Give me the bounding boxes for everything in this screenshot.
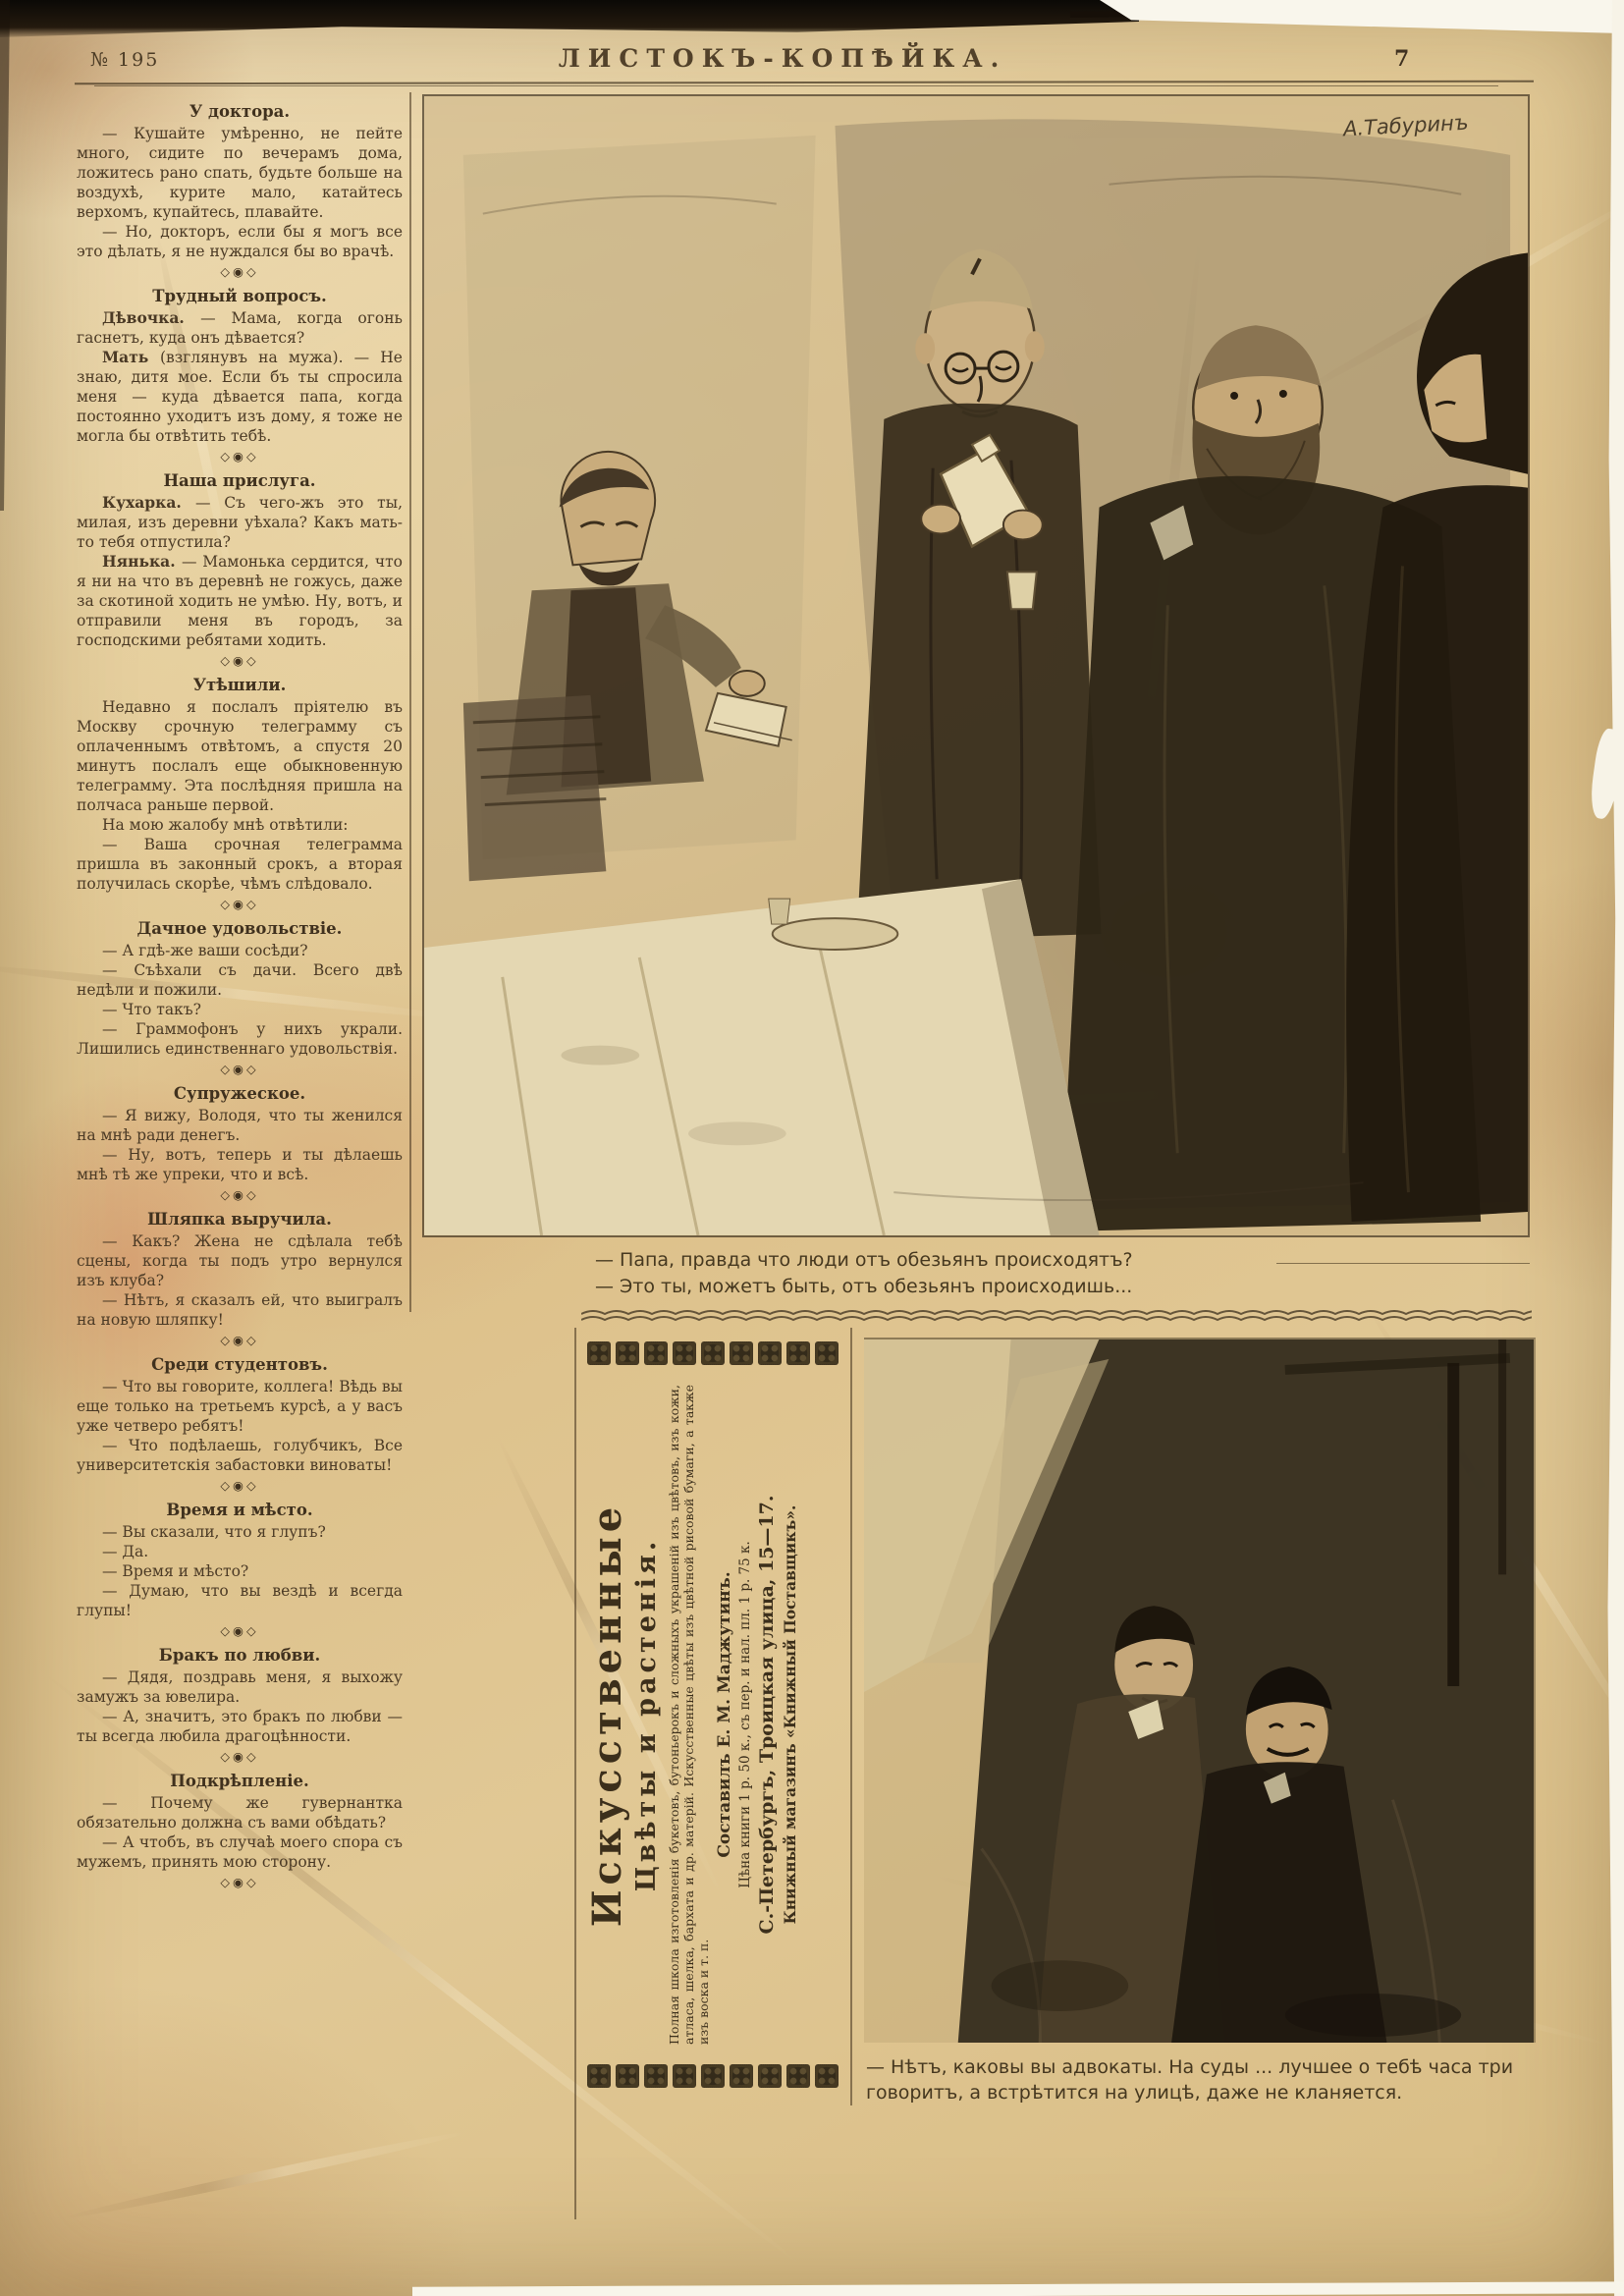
rosette-ornament-icon [701,1341,725,1365]
joke-item: Супружеское. — Я вижу, Володя, что ты же… [77,1082,403,1204]
joke-separator-ornament: ◇◉◇ [77,262,403,281]
joke-paragraph: — Но, докторъ, если бы я могъ все это дѣ… [77,222,403,261]
column-rule-left [409,92,411,1312]
joke-paragraph: — Кушайте умѣренно, не пейте много, сиди… [77,124,403,222]
joke-title: Время и мѣсто. [77,1499,403,1521]
rosette-ornament-icon [644,1341,668,1365]
ad-title-line1: Искусственные [585,1371,630,2058]
joke-paragraph: — Граммофонъ у нихъ украли. Лишились еди… [77,1019,403,1059]
cartoon-2-frame [864,1338,1536,2043]
rosette-ornament-icon [758,2064,782,2088]
joke-title: Трудный вопросъ. [77,285,403,307]
joke-separator-ornament: ◇◉◇ [77,1873,403,1891]
wavy-separator-rule [581,1310,1532,1326]
joke-item: Утѣшили. Недавно я послалъ пріятелю въ М… [77,674,403,913]
joke-body: — Что вы говорите, коллега! Вѣдь вы еще … [77,1377,403,1475]
joke-paragraph: — Нѣтъ, я сказалъ ей, что выигралъ на но… [77,1290,403,1330]
rosette-ornament-icon [616,2064,639,2088]
joke-item: Шляпка выручила. — Какъ? Жена не сдѣлала… [77,1208,403,1349]
column-rule-ad-right [850,1328,852,2105]
joke-paragraph: — А, значитъ, это бракъ по любви — ты вс… [77,1707,403,1746]
joke-separator-ornament: ◇◉◇ [77,1476,403,1495]
joke-paragraph: — А гдѣ-же ваши сосѣди? [77,941,403,960]
rosette-ornament-icon [730,1341,753,1365]
advertisement-artificial-flowers: Искусственные Цвѣты и растенія. Полная ш… [583,1371,842,2058]
rosette-ornament-icon [616,1341,639,1365]
joke-paragraph: — Дядя, поздравь меня, я выхожу замужъ з… [77,1667,403,1707]
joke-separator-ornament: ◇◉◇ [77,1185,403,1204]
joke-body: Кухарка. — Съ чего-жъ это ты, милая, изъ… [77,493,403,650]
rosette-ornament-icon [673,2064,696,2088]
joke-paragraph: На мою жалобу мнѣ отвѣтили: [77,815,403,835]
joke-paragraph: — Да. [77,1542,403,1561]
joke-paragraph: Мать (взглянувъ на мужа). — Не знаю, дит… [77,348,403,446]
joke-paragraph: Недавно я послалъ пріятелю въ Москву сро… [77,697,403,815]
joke-title: Супружеское. [77,1082,403,1105]
joke-body: — А гдѣ-же ваши сосѣди?— Съѣхали съ дачи… [77,941,403,1059]
page-number: 7 [1394,46,1409,72]
cartoon-1-caption-line1: — Папа, правда что люди отъ обезьянъ про… [595,1247,1528,1274]
joke-paragraph: — Какъ? Жена не сдѣлала тебѣ сцены, когд… [77,1231,403,1290]
joke-paragraph: Дѣвочка. — Мама, когда огонь гаснетъ, ку… [77,308,403,348]
column-rule-ad-left [574,1328,576,2219]
joke-separator-ornament: ◇◉◇ [77,651,403,670]
joke-title: Бракъ по любви. [77,1644,403,1667]
joke-body: — Дядя, поздравь меня, я выхожу замужъ з… [77,1667,403,1746]
joke-item: Трудный вопросъ. Дѣвочка. — Мама, когда … [77,285,403,465]
joke-separator-ornament: ◇◉◇ [77,895,403,913]
joke-title: Утѣшили. [77,674,403,696]
joke-body: — Кушайте умѣренно, не пейте много, сиди… [77,124,403,261]
joke-item: У доктора. — Кушайте умѣренно, не пейте … [77,100,403,281]
rosette-ornament-icon [815,1341,839,1365]
ad-ornament-band-top [587,1341,839,1365]
rosette-ornament-icon [587,2064,611,2088]
joke-paragraph: — Вы сказали, что я глупъ? [77,1522,403,1542]
joke-paragraph: — Что такъ? [77,1000,403,1019]
cartoon-1-caption: — Папа, правда что люди отъ обезьянъ про… [595,1247,1528,1300]
joke-title: Шляпка выручила. [77,1208,403,1230]
joke-paragraph: Кухарка. — Съ чего-жъ это ты, милая, изъ… [77,493,403,552]
cartoon-2-caption: — Нѣтъ, каковы вы адвокаты. На суды ... … [866,2054,1543,2105]
joke-body: — Я вижу, Володя, что ты женился на мнѣ … [77,1106,403,1184]
rosette-ornament-icon [587,1341,611,1365]
joke-title: Наша прислуга. [77,469,403,492]
joke-separator-ornament: ◇◉◇ [77,1621,403,1640]
ad-body-text: Полная школа изготовленія букетовъ, буто… [664,1371,711,2058]
ad-address: С.-Петербургъ, Троицкая улица, 15—17. [755,1371,780,2058]
joke-paragraph: — Что вы говорите, коллега! Вѣдь вы еще … [77,1377,403,1436]
joke-title: Подкрѣпленіе. [77,1770,403,1792]
rosette-ornament-icon [644,2064,668,2088]
ad-title-line2: Цвѣты и растенія. [630,1371,664,2058]
joke-item: Дачное удовольствіе. — А гдѣ-же ваши сос… [77,917,403,1078]
joke-title: Дачное удовольствіе. [77,917,403,940]
joke-paragraph: — Ну, вотъ, теперь и ты дѣлаешь мнѣ тѣ ж… [77,1145,403,1184]
joke-paragraph: — Съѣхали съ дачи. Всего двѣ недѣли и по… [77,960,403,1000]
ad-ornament-band-bottom [587,2064,839,2088]
caption-side-rule [1276,1263,1530,1264]
joke-item: Наша прислуга. Кухарка. — Съ чего-жъ это… [77,469,403,670]
joke-item: Подкрѣпленіе. — Почему же гувернантка об… [77,1770,403,1891]
rosette-ornament-icon [673,1341,696,1365]
joke-body: — Почему же гувернантка обязательно долж… [77,1793,403,1872]
joke-title: У доктора. [77,100,403,123]
joke-paragraph: — Что подѣлаешь, голубчикъ, Все универси… [77,1436,403,1475]
rosette-ornament-icon [786,2064,810,2088]
rosette-ornament-icon [786,1341,810,1365]
joke-body: — Вы сказали, что я глупъ?— Да.— Время и… [77,1522,403,1620]
cartoon-2-image [864,1339,1534,2043]
rosette-ornament-icon [758,1341,782,1365]
scanned-newspaper-page: { "page": { "issue_number": "№ 195", "ma… [0,0,1624,2296]
joke-body: — Какъ? Жена не сдѣлала тебѣ сцены, когд… [77,1231,403,1330]
joke-paragraph: — Думаю, что вы вездѣ и всегда глупы! [77,1581,403,1620]
joke-separator-ornament: ◇◉◇ [77,1331,403,1349]
wicker-basket [463,695,606,881]
rosette-ornament-icon [730,2064,753,2088]
header-rule-thin [94,85,1498,86]
joke-paragraph: — Почему же гувернантка обязательно долж… [77,1793,403,1832]
joke-title: Среди студентовъ. [77,1353,403,1376]
rosette-ornament-icon [815,2064,839,2088]
joke-paragraph: — А чтобъ, въ случаѣ моего спора съ муже… [77,1832,403,1872]
joke-body: Недавно я послалъ пріятелю въ Москву сро… [77,697,403,894]
joke-separator-ornament: ◇◉◇ [77,447,403,465]
joke-item: Среди студентовъ. — Что вы говорите, кол… [77,1353,403,1495]
joke-item: Бракъ по любви. — Дядя, поздравь меня, я… [77,1644,403,1766]
ad-store: Книжный магазинъ «Книжный Поставщикъ». [780,1371,800,2058]
cartoon-1-image [424,96,1528,1235]
joke-item: Время и мѣсто. — Вы сказали, что я глупъ… [77,1499,403,1640]
joke-body: Дѣвочка. — Мама, когда огонь гаснетъ, ку… [77,308,403,446]
cartoon-1-frame [422,94,1530,1237]
joke-separator-ornament: ◇◉◇ [77,1060,403,1078]
joke-separator-ornament: ◇◉◇ [77,1747,403,1766]
joke-paragraph: — Время и мѣсто? [77,1561,403,1581]
joke-paragraph: Нянька. — Мамонька сердится, что я ни на… [77,552,403,650]
masthead-title: ЛИСТОКЪ-КОПѢЙКА. [0,44,1565,73]
rosette-ornament-icon [701,2064,725,2088]
jokes-column: У доктора. — Кушайте умѣренно, не пейте … [77,96,403,1892]
ad-price: Цѣна книги 1 р. 50 к., съ пер. и нал. пл… [736,1371,755,2058]
ad-composer: Составилъ Е. М. Маджутинъ. [713,1371,736,2058]
joke-paragraph: — Ваша срочная телеграмма пришла въ зако… [77,835,403,894]
cartoon-1-caption-line2: — Это ты, можетъ быть, отъ обезьянъ прои… [595,1274,1528,1300]
joke-paragraph: — Я вижу, Володя, что ты женился на мнѣ … [77,1106,403,1145]
